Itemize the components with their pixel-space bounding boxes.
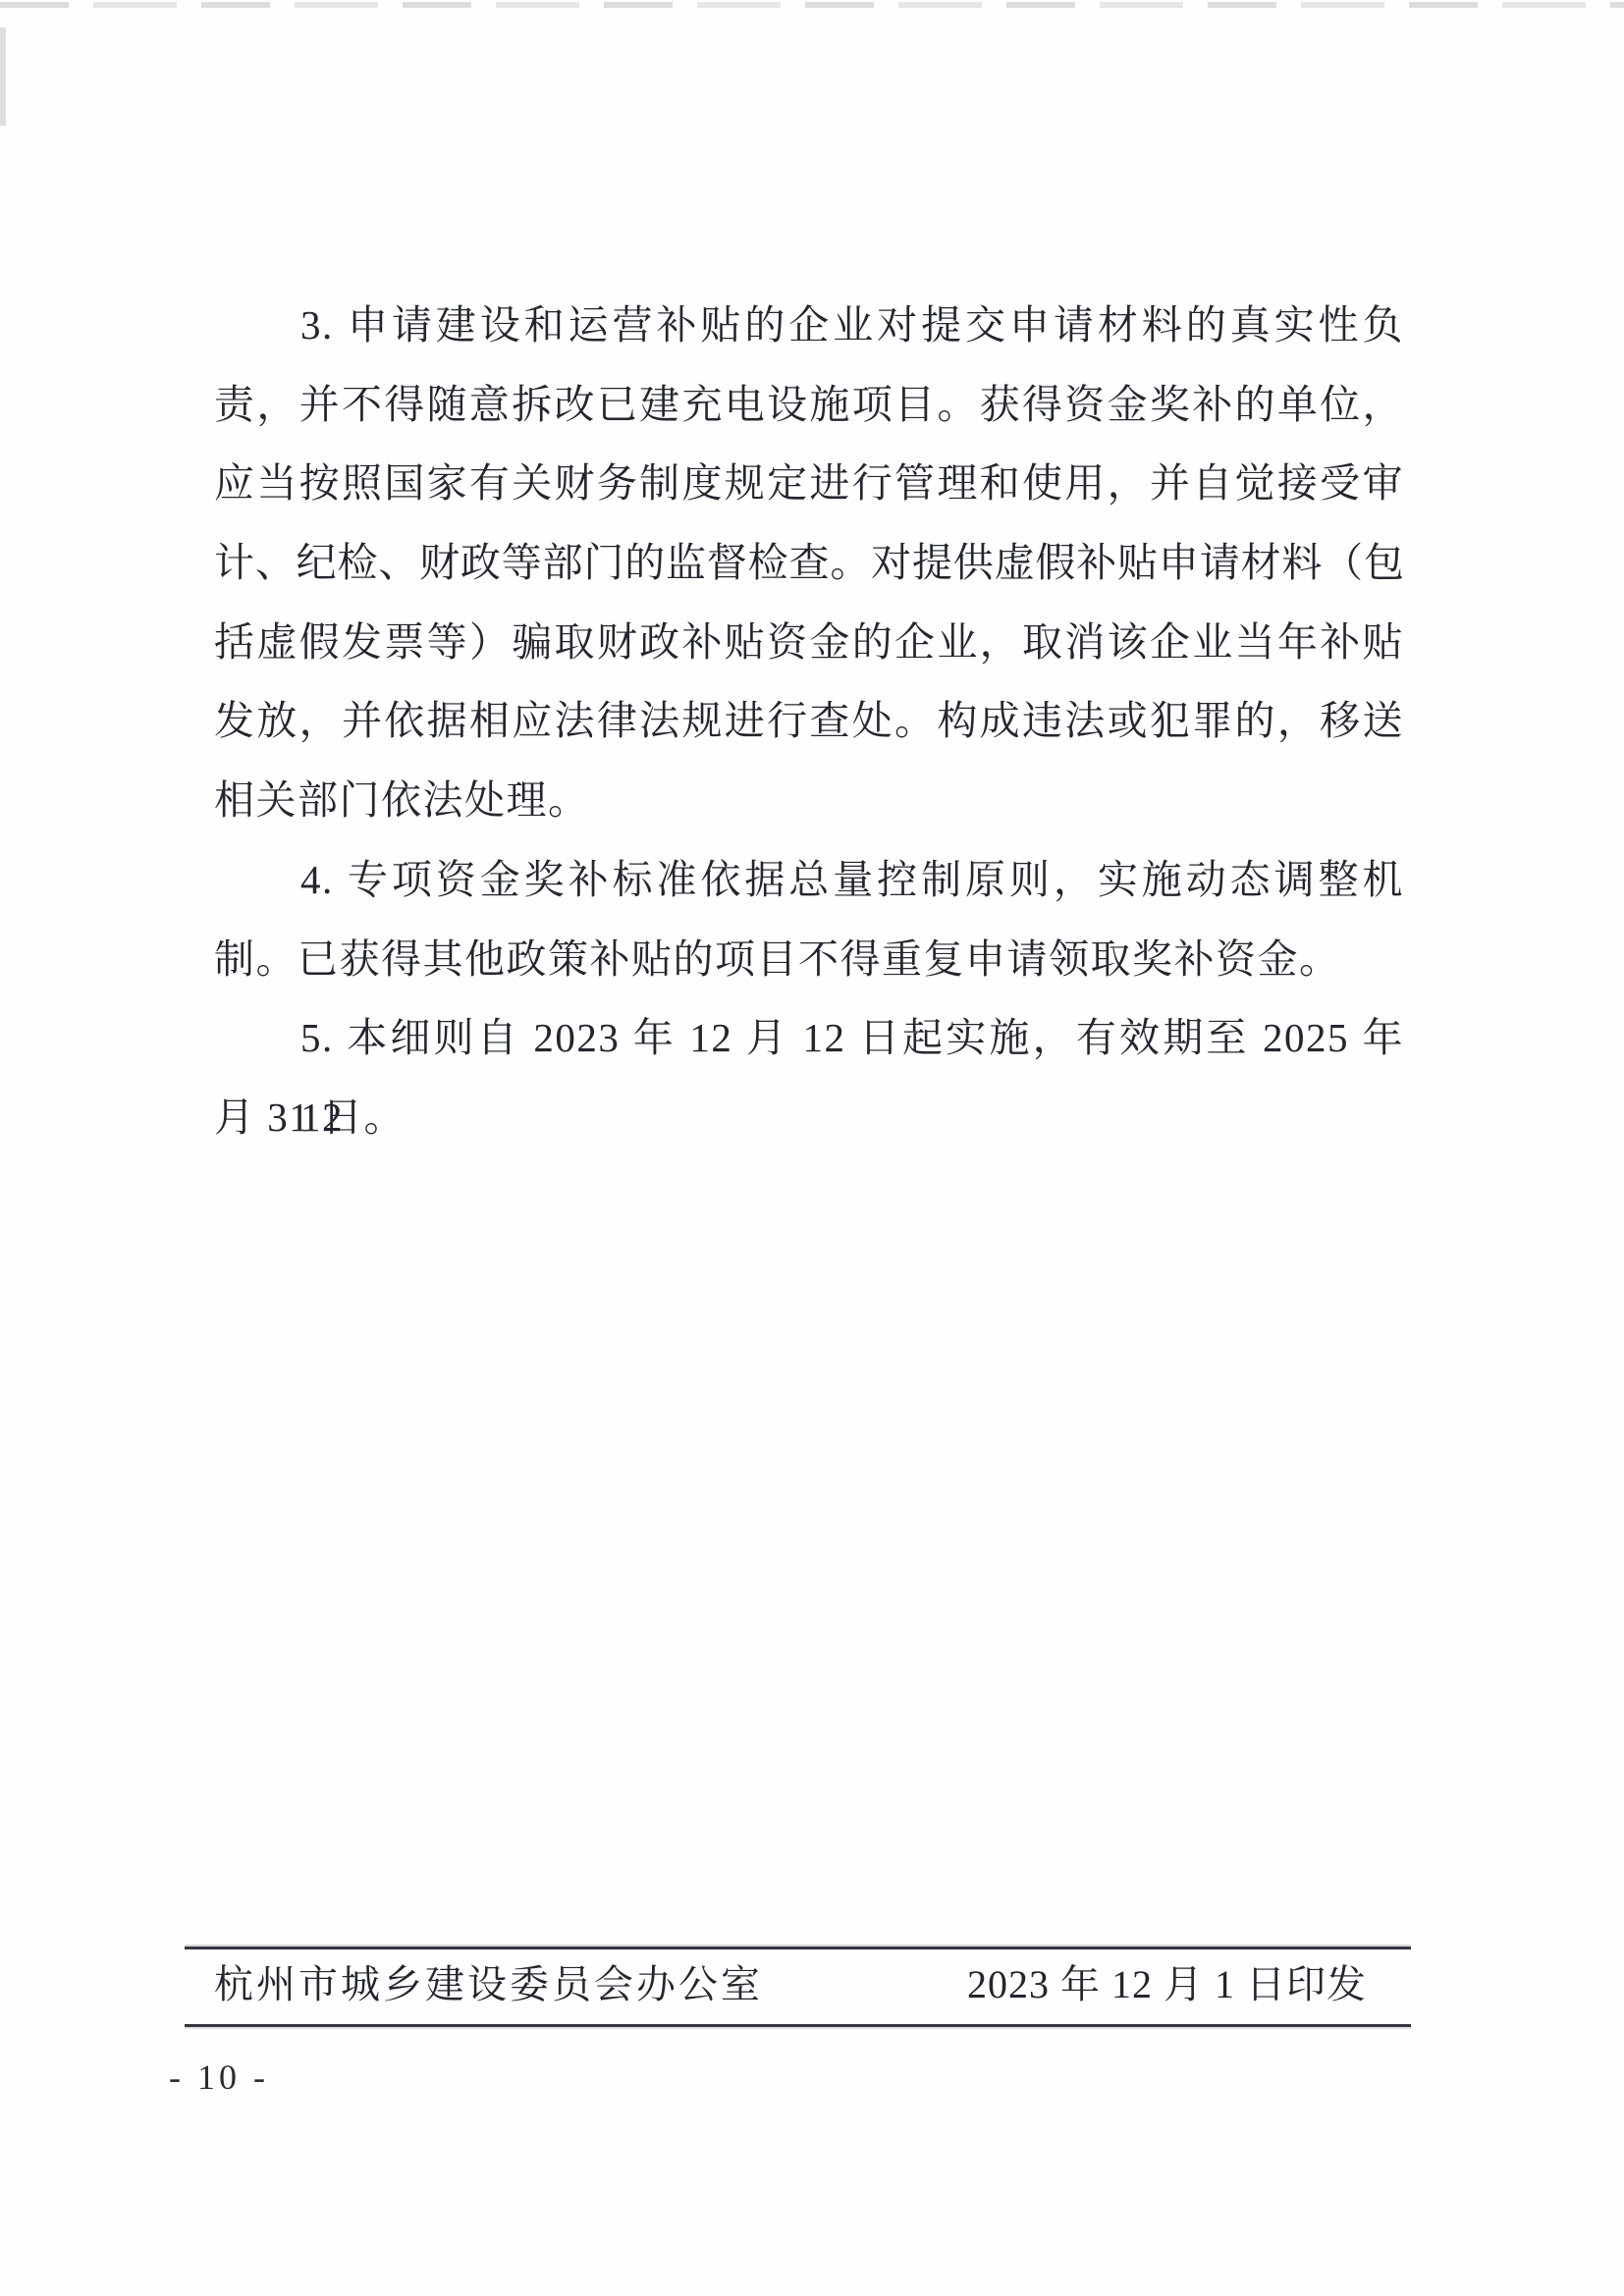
page-number: - 10 - — [169, 2056, 269, 2099]
body-text: 3. 申请建设和运营补贴的企业对提交申请材料的真实性负 责，并不得随意拆改已建充… — [214, 286, 1404, 1157]
body-line: 制。已获得其他政策补贴的项目不得重复申请领取奖补资金。 — [214, 920, 1404, 999]
footer-rule-top — [185, 1947, 1411, 1949]
footer-rule-bottom — [185, 2024, 1411, 2027]
document-page: 3. 申请建设和运营补贴的企业对提交申请材料的真实性负 责，并不得随意拆改已建充… — [0, 0, 1624, 2296]
footer-print-date: 2023 年 12 月 1 日印发 — [967, 1957, 1367, 2012]
body-line: 发放，并依据相应法律法规进行查处。构成违法或犯罪的，移送 — [214, 681, 1404, 761]
body-line: 月 31 日。 — [214, 1078, 1404, 1157]
body-line: 责，并不得随意拆改已建充电设施项目。获得资金奖补的单位， — [214, 365, 1404, 445]
scan-noise-artifact — [0, 2, 1624, 8]
body-line: 括虚假发票等）骗取财政补贴资金的企业，取消该企业当年补贴 — [214, 603, 1404, 682]
body-line: 5. 本细则自 2023 年 12 月 12 日起实施，有效期至 2025 年 … — [214, 998, 1404, 1078]
body-line: 应当按照国家有关财务制度规定进行管理和使用，并自觉接受审 — [214, 444, 1404, 523]
body-line: 计、纪检、财政等部门的监督检查。对提供虚假补贴申请材料（包 — [214, 523, 1404, 603]
body-line: 4. 专项资金奖补标准依据总量控制原则，实施动态调整机 — [214, 840, 1404, 920]
scan-edge-artifact — [0, 27, 6, 126]
body-line: 3. 申请建设和运营补贴的企业对提交申请材料的真实性负 — [214, 286, 1404, 365]
footer-issuer: 杭州市城乡建设委员会办公室 — [214, 1957, 763, 2012]
body-line: 相关部门依法处理。 — [214, 761, 1404, 840]
